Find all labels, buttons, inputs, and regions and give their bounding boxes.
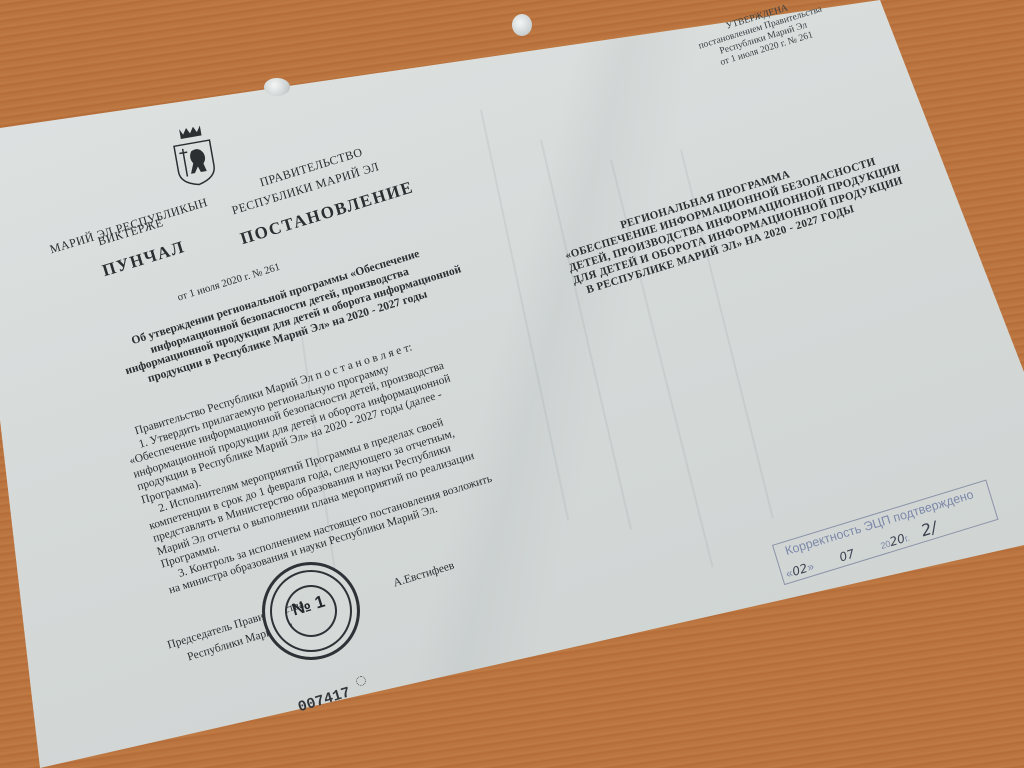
punch-hole bbox=[264, 78, 290, 96]
stamp-day: 02 bbox=[790, 561, 809, 579]
desk-scene: МАРИЙ ЭЛ РЕСПУБЛИКЫН ВИКТЕРЖЕ ПУНЧАЛ ПРА… bbox=[0, 0, 1024, 768]
punch-hole bbox=[512, 14, 532, 36]
stamp-handwritten-mark: 2/ bbox=[919, 518, 939, 541]
serial-mark-icon bbox=[356, 676, 366, 686]
stamp-month: 07 bbox=[838, 547, 857, 565]
